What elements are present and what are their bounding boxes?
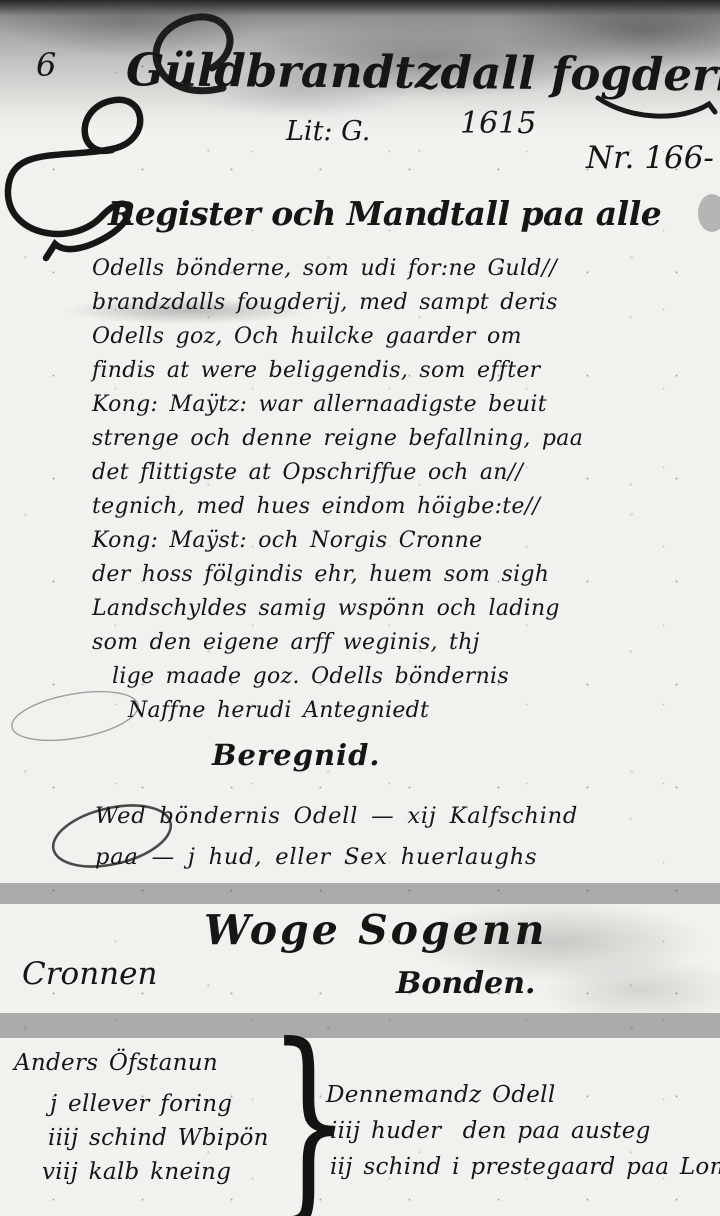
page-number: 6 [36,46,56,84]
scanned-manuscript-page: 6 Güldbrandtzdall fogderij Lit: G. 1615 … [0,0,720,1216]
scan-blob [698,194,720,232]
entry-left-line: iiij schind Wbipön [48,1125,269,1151]
manuscript-line: Naffne herudi Antegniedt [128,694,632,728]
archive-number: Nr. 166- [586,140,714,176]
manuscript-line: tegnich, med hues eindom höigbe:te// [92,490,632,524]
separator-band-top [0,883,720,904]
bonde-column-label: Bonden. [396,966,536,1001]
manuscript-line: som den eigene arff weginis, thj [92,626,632,660]
manuscript-line: Wed böndernis Odell — xij Kalfschind [95,796,578,837]
manuscript-line: lige maade goz. Odells böndernis [112,660,632,694]
manuscript-line: Landschyldes samig wspönn och lading [92,592,632,626]
entry-name: Anders Öfstanun [14,1050,218,1076]
entry-left-line: j ellever foring [50,1091,232,1117]
faint-pen-flourish [5,688,145,750]
manuscript-line: Kong: Maÿst: och Norgis Cronne [92,524,632,558]
manuscript-line: Odells goz, Och huilcke gaarder om [92,320,632,354]
manuscript-line: findis at were beliggendis, som effter [92,354,632,388]
entry-right-line: iiij huder den paa austeg [330,1118,651,1144]
beregnid-subheading: Beregnid. [212,738,380,772]
lit-annotation: Lit: G. [286,116,370,147]
manuscript-line: paa — j hud, eller Sex huerlaughs [95,837,578,878]
register-heading: Register och Mandtall paa alle [108,194,661,233]
body-paragraph: Odells bönderne, som udi for:ne Guld// b… [92,252,632,728]
manuscript-line: strenge och denne reigne befallning, paa [92,422,632,456]
parish-title: Woge Sogenn [204,906,547,954]
title-underline-flourish [595,92,720,126]
separator-band-bottom [0,1013,720,1038]
entry-right-line: Dennemandz Odell [326,1082,555,1108]
crown-column-label: Cronnen [22,956,157,992]
entry-left-line: viij kalb kneing [42,1159,231,1185]
entry-right-line: iij schind i prestegaard paa Lom [330,1154,720,1180]
year-annotation: 1615 [460,106,536,141]
manuscript-line: Odells bönderne, som udi for:ne Guld// [92,252,632,286]
manuscript-line: der hoss fölgindis ehr, huem som sigh [92,558,632,592]
manuscript-line: brandzdalls fougderij, med sampt deris [92,286,632,320]
manuscript-line: det flittigste at Opschriffue och an// [92,456,632,490]
manuscript-line: Kong: Maÿtz: war allernaadigste beuit [92,388,632,422]
valuation-note: Wed böndernis Odell — xij Kalfschind paa… [95,796,578,878]
ornate-initial-flourish [0,92,180,272]
